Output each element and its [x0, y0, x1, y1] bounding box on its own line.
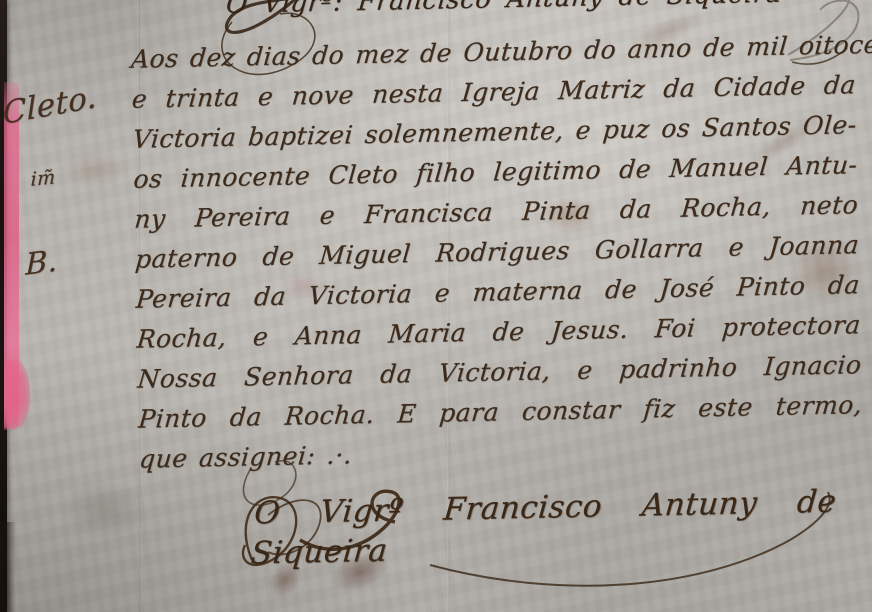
margin-note-child-name: Cleto. — [2, 79, 97, 132]
margin-note-abbreviation: im̃ — [30, 166, 56, 191]
document-page: O Vigrº: Francisco Antuny de Siqueira Cl… — [0, 0, 872, 612]
record-line-final: que assignei: .·. — [138, 434, 441, 480]
record-text-layer: O Vigrº: Francisco Antuny de Siqueira Cl… — [0, 0, 872, 612]
record-body: Aos dez dias do mez de Outubro do anno d… — [131, 25, 864, 479]
header-priest-name: O Vigrº: Francisco Antuny de Siqueira — [225, 0, 784, 22]
closing-signature: O Vigrº Francisco Antuny de Siqueira — [249, 482, 838, 574]
margin-note-baptism-mark: B. — [25, 243, 58, 282]
